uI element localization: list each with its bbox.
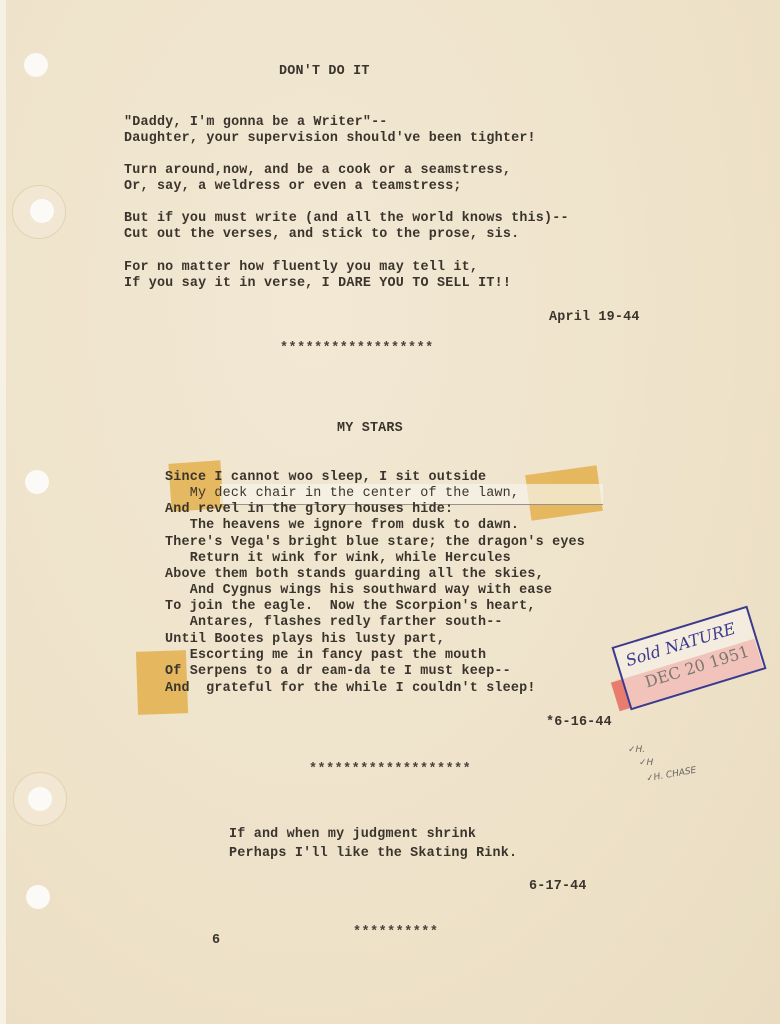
pencil-note: ✓H. bbox=[628, 745, 645, 755]
punch-hole bbox=[24, 53, 48, 77]
poem-line: And Cygnus wings his southward way with … bbox=[165, 583, 552, 599]
punch-hole bbox=[30, 199, 54, 223]
poem-date: *6-16-44 bbox=[546, 715, 612, 731]
separator: ****************** bbox=[280, 341, 434, 357]
poem-line: Escorting me in fancy past the mouth bbox=[165, 648, 486, 664]
poem-line: Or, say, a weldress or even a teamstress… bbox=[124, 179, 462, 195]
poem-line: "Daddy, I'm gonna be a Writer"-- bbox=[124, 115, 388, 131]
typewritten-page: DON'T DO IT "Daddy, I'm gonna be a Write… bbox=[0, 0, 780, 1024]
poem-line: If and when my judgment shrink bbox=[229, 827, 476, 843]
poem-line: If you say it in verse, I DARE YOU TO SE… bbox=[124, 276, 511, 292]
poem-date: 6-17-44 bbox=[529, 879, 587, 895]
separator: ******************* bbox=[309, 762, 471, 778]
page-number: 6 bbox=[212, 933, 220, 949]
poem-line: To join the eagle. Now the Scorpion's he… bbox=[165, 599, 536, 615]
poem-title: MY STARS bbox=[337, 421, 403, 437]
punch-hole bbox=[25, 470, 49, 494]
poem-line: Antares, flashes redly farther south-- bbox=[165, 615, 503, 631]
poem-line: Turn around,now, and be a cook or a seam… bbox=[124, 163, 511, 179]
poem-line: Cut out the verses, and stick to the pro… bbox=[124, 227, 519, 243]
poem-line: And grateful for the while I couldn't sl… bbox=[165, 681, 536, 697]
poem-title: DON'T DO IT bbox=[279, 64, 370, 80]
separator: ********** bbox=[353, 925, 438, 941]
poem-line: Since I cannot woo sleep, I sit outside bbox=[165, 470, 486, 486]
poem-line: Above them both stands guarding all the … bbox=[165, 567, 544, 583]
poem-line: Of Serpens to a dr eam-da te I must keep… bbox=[165, 664, 511, 680]
poem-line: Daughter, your supervision should've bee… bbox=[124, 131, 536, 147]
poem-line: Until Bootes plays his lusty part, bbox=[165, 632, 445, 648]
punch-hole bbox=[26, 885, 50, 909]
pencil-note: ✓H bbox=[639, 758, 653, 768]
poem-line: The heavens we ignore from dusk to dawn. bbox=[165, 518, 519, 534]
page-edge bbox=[0, 0, 6, 1024]
punch-hole bbox=[28, 787, 52, 811]
poem-line: Perhaps I'll like the Skating Rink. bbox=[229, 846, 517, 862]
poem-line: And revel in the glory houses hide: bbox=[165, 502, 453, 518]
sale-stamp: Sold NATURE DEC 20 1951 bbox=[611, 606, 766, 711]
poem-line: For no matter how fluently you may tell … bbox=[124, 260, 478, 276]
poem-date: April 19-44 bbox=[549, 310, 640, 326]
poem-line: My deck chair in the center of the lawn, bbox=[165, 486, 519, 502]
poem-line: But if you must write (and all the world… bbox=[124, 211, 569, 227]
pencil-note: ✓H. CHASE bbox=[646, 766, 698, 785]
poem-line: Return it wink for wink, while Hercules bbox=[165, 551, 511, 567]
poem-line: There's Vega's bright blue stare; the dr… bbox=[165, 535, 585, 551]
